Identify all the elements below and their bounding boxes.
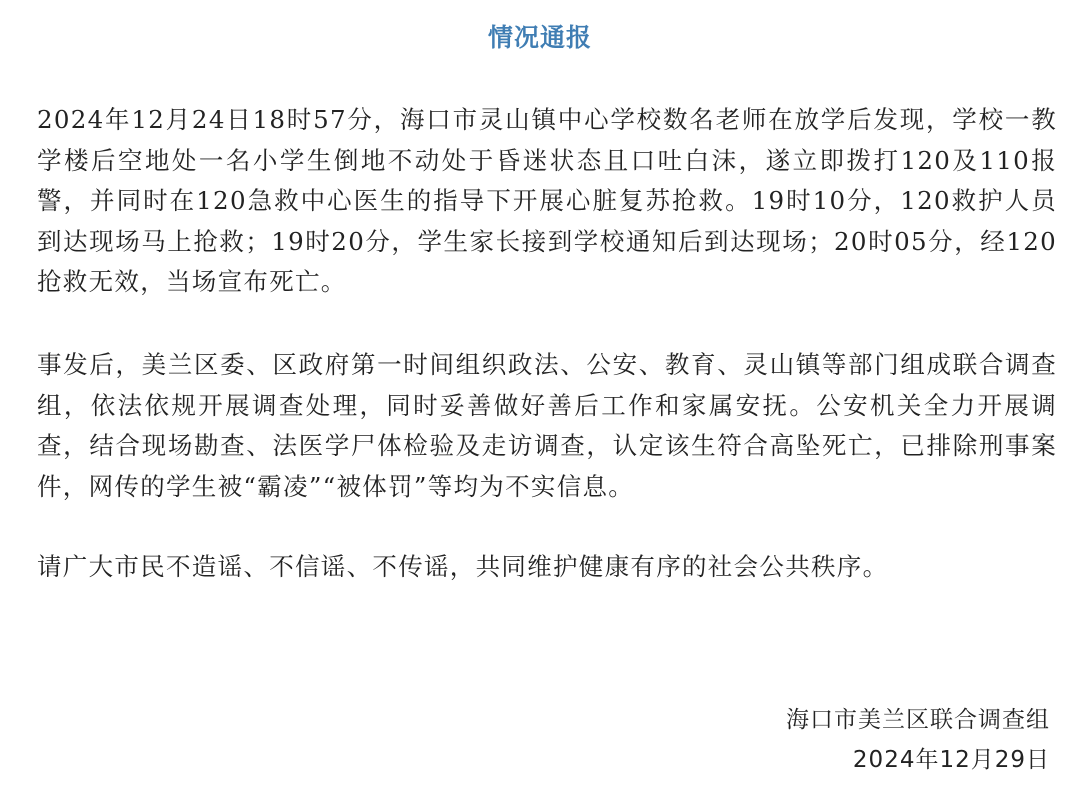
signature-date: 2024年12月29日 — [853, 745, 1050, 775]
paragraph-incident: 2024年12月24日18时57分，海口市灵山镇中心学校数名老师在放学后发现，学… — [37, 100, 1057, 303]
paragraph-investigation: 事发后，美兰区委、区政府第一时间组织政法、公安、教育、灵山镇等部门组成联合调查组… — [37, 345, 1057, 507]
signature-organization: 海口市美兰区联合调查组 — [786, 705, 1050, 735]
document-title: 情况通报 — [0, 20, 1080, 56]
paragraph-appeal: 请广大市民不造谣、不信谣、不传谣，共同维护健康有序的社会公共秩序。 — [37, 547, 1057, 588]
